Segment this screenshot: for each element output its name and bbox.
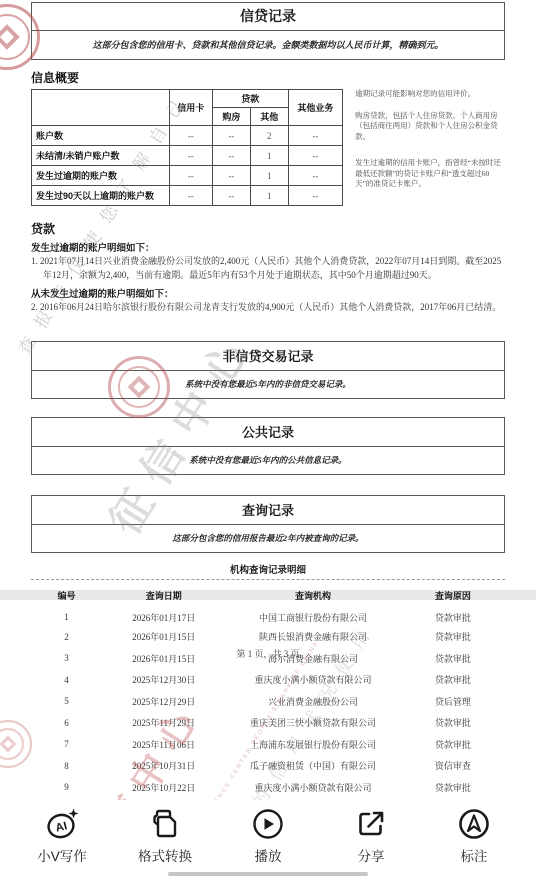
share-button[interactable]: 分享 [335, 806, 407, 865]
col-loan: 贷款 [212, 90, 288, 108]
cell-no: 2 [31, 632, 102, 642]
cell-no: 6 [31, 718, 102, 728]
query-table-header-row: 编号 查询日期 查询机构 查询原因 [31, 589, 505, 602]
query-col-date: 查询日期 [102, 589, 225, 602]
cell: -- [169, 126, 212, 146]
cell-org: 中国工商银行股份有限公司 [225, 611, 400, 624]
annotate-label: 标注 [461, 845, 488, 865]
cell-org: 重庆度小满小额贷款有限公司 [225, 781, 400, 794]
col-other-business: 其他业务 [288, 90, 342, 126]
query-row: 8 2025年10月31日 瓜子融资租赁（中国）有限公司 资信审查 [31, 759, 505, 772]
cell: 1 [250, 146, 288, 166]
query-col-no: 编号 [31, 589, 102, 602]
public-record-body: 系统中没有您最近5年内的公共信息记录。 [32, 447, 504, 474]
non-credit-body: 系统中没有您最近5年内的非信贷交易记录。 [32, 371, 504, 398]
overdue-heading: 发生过逾期的账户明细如下： [31, 240, 505, 254]
bottom-toolbar: AI 小V写作 格式转换 [0, 800, 536, 886]
cell: -- [212, 126, 250, 146]
cell-reason: 贷款审批 [401, 630, 505, 643]
cell-org: 兴业消费金融股份公司 [225, 695, 400, 708]
col-credit-card: 信用卡 [169, 90, 212, 126]
play-button[interactable]: 播放 [232, 806, 304, 865]
public-record-banner: 公共记录 系统中没有您最近5年内的公共信息记录。 [31, 417, 505, 475]
cell-date: 2025年11月06日 [102, 738, 225, 751]
non-credit-title: 非信贷交易记录 [32, 342, 504, 371]
cell: -- [288, 166, 342, 186]
summary-row: 发生过90天以上逾期的账户数 -- -- 1 -- [32, 186, 343, 206]
query-row: 9 2025年10月22日 重庆度小满小额贷款有限公司 贷款审批 [31, 781, 505, 794]
query-row: 6 2025年11月29日 重庆美团三快小额贷款有限公司 贷款审批 [31, 716, 505, 729]
cell: -- [212, 186, 250, 206]
cell: 2 [250, 126, 288, 146]
query-row: 3 2026年01月15日 海尔消费金融有限公司 贷款审批 [31, 652, 505, 665]
public-record-title: 公共记录 [32, 418, 504, 447]
cell-date: 2026年01月15日 [102, 630, 225, 643]
query-row: 1 2026年01月17日 中国工商银行股份有限公司 贷款审批 [31, 611, 505, 624]
cell-no: 8 [31, 761, 102, 771]
credit-record-title: 信贷记录 [32, 3, 504, 31]
cell-org: 海尔消费金融有限公司 [225, 652, 400, 665]
report-page-1: 信贷记录 这部分包含您的信用卡、贷款和其他信贷记录。金额类数据均以人民币计算，精… [0, 0, 536, 590]
summary-row: 未结清/未销户账户数 -- -- 1 -- [32, 146, 343, 166]
cell: 1 [250, 166, 288, 186]
cell: -- [288, 186, 342, 206]
cell-no: 3 [31, 653, 102, 663]
note: 发生过逾期的信用卡账户，指曾经“未按时还最低还款额”的贷记卡账户和“透支超过60… [355, 158, 505, 190]
summary-notes: 逾期记录可能影响对您的信用评价。 购房贷款，包括个人住房贷款、个人商用房（包括商… [355, 89, 505, 206]
summary-area: 信用卡 贷款 其他业务 购房 其他 账户数 -- -- 2 -- [31, 89, 505, 206]
summary-row: 账户数 -- -- 2 -- [32, 126, 343, 146]
cell: -- [212, 146, 250, 166]
overdue-item: 1. 2021年07月14日兴业消费金融股份公司发放的2,400元（人民币）其他… [31, 255, 505, 283]
cell: -- [288, 126, 342, 146]
cell: -- [169, 146, 212, 166]
report-page-2: 2 2026年01月15日 陕西长银消费金融有限公司 贷款审批 3 2026年0… [0, 600, 536, 800]
query-row: 7 2025年11月06日 上海浦东发展银行股份有限公司 贷款审批 [31, 738, 505, 751]
query-row: 4 2025年12月30日 重庆度小满小额贷款有限公司 贷款审批 [31, 673, 505, 686]
svg-text:AI: AI [54, 820, 68, 834]
cell-reason: 贷款审批 [401, 673, 505, 686]
document-viewport[interactable]: 信贷记录 这部分包含您的信用卡、贷款和其他信贷记录。金额类数据均以人民币计算，精… [0, 0, 536, 886]
cell-org: 重庆度小满小额贷款有限公司 [225, 673, 400, 686]
credit-record-banner: 信贷记录 这部分包含您的信用卡、贷款和其他信贷记录。金额类数据均以人民币计算，精… [31, 2, 505, 60]
cell-org: 瓜子融资租赁（中国）有限公司 [225, 759, 400, 772]
cell-reason: 贷款审批 [401, 611, 505, 624]
query-record-title: 查询记录 [32, 496, 504, 525]
format-convert-icon [147, 806, 183, 842]
cell-no: 7 [31, 739, 102, 749]
share-label: 分享 [358, 845, 385, 865]
query-row: 5 2025年12月29日 兴业消费金融股份公司 贷后管理 [31, 695, 505, 708]
cell-date: 2025年10月22日 [102, 781, 225, 794]
cell: -- [288, 146, 342, 166]
summary-heading: 信息概要 [31, 69, 505, 86]
annotate-button[interactable]: 标注 [438, 806, 510, 865]
row-label: 账户数 [32, 126, 170, 146]
cell-no: 9 [31, 782, 102, 792]
cell-reason: 贷款审批 [401, 738, 505, 751]
cell-org: 重庆美团三快小额贷款有限公司 [225, 716, 400, 729]
cell-date: 2025年10月31日 [102, 759, 225, 772]
query-col-reason: 查询原因 [401, 589, 505, 602]
non-credit-banner: 非信贷交易记录 系统中没有您最近5年内的非信贷交易记录。 [31, 341, 505, 399]
row-label: 发生过逾期的账户数 [32, 166, 170, 186]
summary-table: 信用卡 贷款 其他业务 购房 其他 账户数 -- -- 2 -- [31, 89, 343, 206]
credit-record-subtitle: 这部分包含您的信用卡、贷款和其他信贷记录。金额类数据均以人民币计算，精确到元。 [32, 31, 504, 59]
cell: -- [212, 166, 250, 186]
cell-org: 上海浦东发展银行股份有限公司 [225, 738, 400, 751]
query-record-banner: 查询记录 这部分包含您的信用报告最近2年内被查询的记录。 [31, 495, 505, 553]
cell: -- [169, 166, 212, 186]
play-label: 播放 [255, 845, 282, 865]
cell-reason: 贷款审批 [401, 716, 505, 729]
query-record-body: 这部分包含您的信用报告最近2年内被查询的记录。 [32, 525, 504, 552]
cell-reason: 贷款审批 [401, 781, 505, 794]
row-label: 未结清/未销户账户数 [32, 146, 170, 166]
cell-date: 2026年01月15日 [102, 652, 225, 665]
cell-date: 2026年01月17日 [102, 611, 225, 624]
cell-date: 2025年12月29日 [102, 695, 225, 708]
cell-reason: 资信审查 [401, 759, 505, 772]
cell-reason: 贷款审批 [401, 652, 505, 665]
never-overdue-item: 2. 2016年06月24日哈尔滨银行股份有限公司龙青支行发放的4,900元（人… [31, 301, 505, 315]
ai-writer-label: 小V写作 [37, 845, 87, 865]
ai-writer-icon: AI [44, 806, 80, 842]
query-row: 2 2026年01月15日 陕西长银消费金融有限公司 贷款审批 [31, 630, 505, 643]
loans-section: 贷款 发生过逾期的账户明细如下： 1. 2021年07月14日兴业消费金融股份公… [31, 220, 505, 315]
summary-row: 发生过逾期的账户数 -- -- 1 -- [32, 166, 343, 186]
share-icon [353, 806, 389, 842]
col-loan-other: 其他 [250, 108, 288, 126]
home-indicator[interactable] [168, 872, 368, 876]
ai-writer-button[interactable]: AI 小V写作 [26, 806, 98, 865]
loans-heading: 贷款 [31, 220, 505, 237]
note: 逾期记录可能影响对您的信用评价。 [355, 89, 505, 100]
cell-date: 2025年11月29日 [102, 716, 225, 729]
cell-date: 2025年12月30日 [102, 673, 225, 686]
format-convert-button[interactable]: 格式转换 [129, 806, 201, 865]
format-convert-label: 格式转换 [138, 845, 192, 865]
cell: 1 [250, 186, 288, 206]
col-loan-house: 购房 [212, 108, 250, 126]
cell-no: 1 [31, 612, 102, 622]
cell-reason: 贷后管理 [401, 695, 505, 708]
cell-no: 5 [31, 696, 102, 706]
never-overdue-heading: 从未发生过逾期的账户明细如下： [31, 286, 505, 300]
query-col-org: 查询机构 [225, 589, 400, 602]
note: 购房贷款，包括个人住房贷款、个人商用房（包括商住两用）贷款和个人住房公积金贷款。 [355, 111, 505, 143]
play-icon [250, 806, 286, 842]
app-screen: 信贷记录 这部分包含您的信用卡、贷款和其他信贷记录。金额类数据均以人民币计算，精… [0, 0, 536, 886]
query-table-heading: 机构查询记录明细 [31, 562, 505, 580]
row-label: 发生过90天以上逾期的账户数 [32, 186, 170, 206]
cell: -- [169, 186, 212, 206]
annotate-icon [456, 806, 492, 842]
cell-no: 4 [31, 675, 102, 685]
cell-org: 陕西长银消费金融有限公司 [225, 630, 400, 643]
